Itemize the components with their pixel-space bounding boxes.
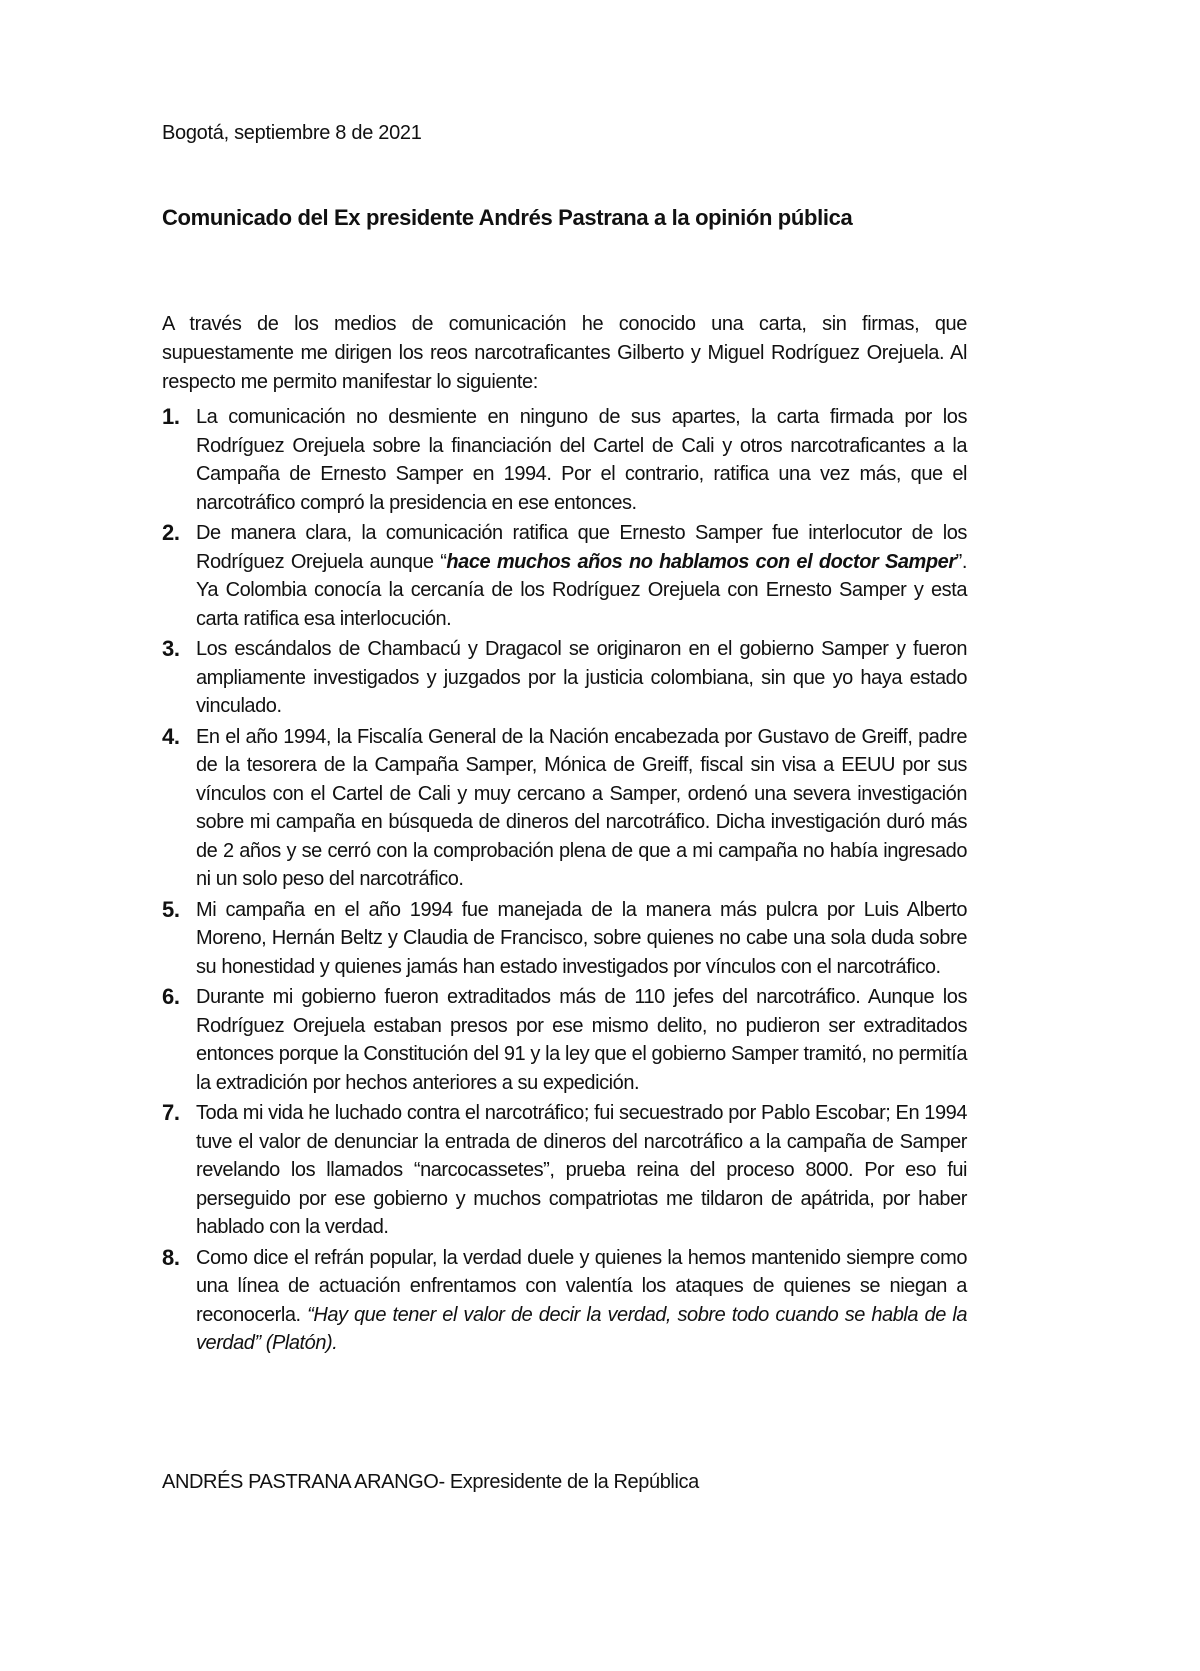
item-number: 5. <box>162 896 180 925</box>
item-number: 1. <box>162 403 180 432</box>
item-number: 3. <box>162 635 180 664</box>
item-number: 8. <box>162 1244 180 1273</box>
quoted-emphasis: hace muchos años no hablamos con el doct… <box>446 551 955 573</box>
item-number: 4. <box>162 723 180 752</box>
item-text: En el año 1994, la Fiscalía General de l… <box>196 726 967 891</box>
statement-item: 6. Durante mi gobierno fueron extraditad… <box>162 983 967 1097</box>
statement-item: 2. De manera clara, la comunicación rati… <box>162 519 967 633</box>
numbered-statements: 1. La comunicación no desmiente en ningu… <box>162 403 967 1360</box>
item-text: Durante mi gobierno fueron extraditados … <box>196 986 967 1094</box>
statement-item: 1. La comunicación no desmiente en ningu… <box>162 403 967 517</box>
item-text: Los escándalos de Chambacú y Dragacol se… <box>196 638 967 717</box>
signature-line: ANDRÉS PASTRANA ARANGO- Expresidente de … <box>162 1468 699 1496</box>
item-number: 7. <box>162 1099 180 1128</box>
statement-item: 8. Como dice el refrán popular, la verda… <box>162 1244 967 1358</box>
statement-item: 4. En el año 1994, la Fiscalía General d… <box>162 723 967 894</box>
document-title: Comunicado del Ex presidente Andrés Past… <box>162 203 852 233</box>
item-text: Toda mi vida he luchado contra el narcot… <box>196 1102 967 1238</box>
item-text: Mi campaña en el año 1994 fue manejada d… <box>196 899 967 978</box>
statement-item: 5. Mi campaña en el año 1994 fue manejad… <box>162 896 967 982</box>
item-text: La comunicación no desmiente en ninguno … <box>196 406 967 514</box>
intro-paragraph: A través de los medios de comunicación h… <box>162 310 967 397</box>
item-number: 2. <box>162 519 180 548</box>
statement-item: 7. Toda mi vida he luchado contra el nar… <box>162 1099 967 1242</box>
date-line: Bogotá, septiembre 8 de 2021 <box>162 119 422 147</box>
item-number: 6. <box>162 983 180 1012</box>
plato-quote: “Hay que tener el valor de decir la verd… <box>196 1304 967 1355</box>
statement-item: 3. Los escándalos de Chambacú y Dragacol… <box>162 635 967 721</box>
